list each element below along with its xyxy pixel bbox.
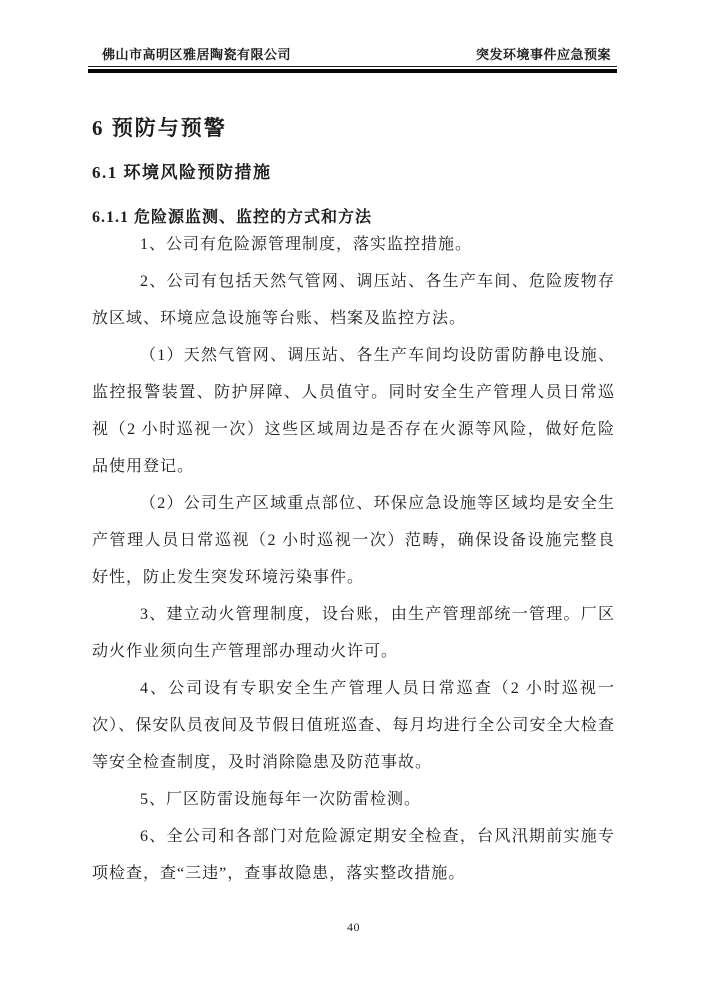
chapter-heading: 6 预防与预警: [92, 112, 227, 142]
section-heading: 6.1 环境风险预防措施: [92, 158, 272, 183]
subsection-heading: 6.1.1 危险源监测、监控的方式和方法: [92, 204, 372, 227]
body-paragraph: 1、公司有危险源管理制度，落实监控措施。: [92, 226, 615, 263]
document-page: 佛山市高明区雅居陶瓷有限公司 突发环境事件应急预案 6 预防与预警 6.1 环境…: [0, 0, 707, 1000]
header-divider-thick: [88, 69, 617, 73]
body-paragraph: 4、公司设有专职安全生产管理人员日常巡查（2 小时巡视一次）、保安队员夜间及节假…: [92, 670, 615, 781]
body-paragraph: 5、厂区防雷设施每年一次防雷检测。: [92, 781, 615, 818]
page-header: 佛山市高明区雅居陶瓷有限公司 突发环境事件应急预案: [88, 44, 617, 73]
body-paragraph: 6、全公司和各部门对危险源定期安全检查，台风汛期前实施专项检查，查“三违”，查事…: [92, 818, 615, 892]
body-paragraph: （2）公司生产区域重点部位、环保应急设施等区域均是安全生产管理人员日常巡视（2 …: [92, 485, 615, 596]
page-header-row: 佛山市高明区雅居陶瓷有限公司 突发环境事件应急预案: [88, 44, 617, 67]
body-paragraph: 2、公司有包括天然气管网、调压站、各生产车间、危险废物存放区域、环境应急设施等台…: [92, 263, 615, 337]
page-number: 40: [347, 920, 360, 934]
body-paragraph: 3、建立动火管理制度，设台账，由生产管理部统一管理。厂区动火作业须向生产管理部办…: [92, 596, 615, 670]
body-text-block: 1、公司有危险源管理制度，落实监控措施。 2、公司有包括天然气管网、调压站、各生…: [92, 226, 615, 892]
header-document-title: 突发环境事件应急预案: [476, 44, 611, 63]
header-company-name: 佛山市高明区雅居陶瓷有限公司: [102, 44, 291, 63]
body-paragraph: （1）天然气管网、调压站、各生产车间均设防雷防静电设施、监控报警装置、防护屏障、…: [92, 337, 615, 485]
page-footer: 40: [0, 920, 707, 935]
